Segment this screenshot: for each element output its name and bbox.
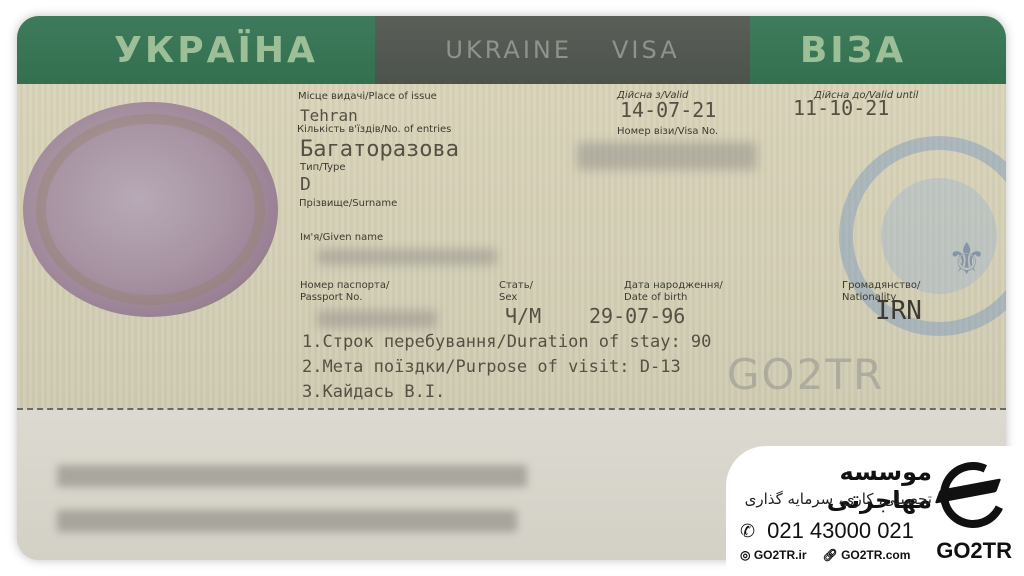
brand-phone[interactable]: ✆ 021 43000 021 <box>740 518 914 544</box>
header-country-ua: УКРАЇНА <box>114 30 318 71</box>
visa-number-redacted <box>577 142 757 170</box>
passport-no-label-en: Passport No. <box>300 292 362 303</box>
instagram-link[interactable]: ◎ GO2TR.ir <box>740 548 807 562</box>
visa-number-label: Номер візи/Visa No. <box>617 126 718 137</box>
nationality-value: IRN <box>875 296 922 326</box>
place-of-issue-label: Місце видачі/Place of issue <box>298 91 437 102</box>
brand-subtitle: تحصیلی، کاری، سرمایه گذاری <box>745 490 932 508</box>
place-of-issue-value: Tehran <box>300 106 358 125</box>
type-label: Тип/Type <box>300 162 345 173</box>
watermark-logo: GO2TR <box>727 350 884 399</box>
mrz-line-1-redacted <box>57 465 527 487</box>
passport-no-redacted <box>317 310 437 328</box>
given-name-label: Ім'я/Given name <box>300 232 383 243</box>
header-type-ua: ВІЗА <box>800 30 906 71</box>
mrz-line-2-redacted <box>57 510 517 532</box>
header-country-ua-segment: УКРАЇНА <box>17 16 375 84</box>
brand-panel: موسسه مهاجرتی تحصیلی، کاری، سرمایه گذاری… <box>726 446 1024 576</box>
brand-phone-number[interactable]: 021 43000 021 <box>767 518 914 544</box>
entries-value: Багаторазова <box>300 137 459 162</box>
given-name-redacted <box>317 249 497 265</box>
sex-value: Ч/M <box>505 304 541 328</box>
dob-value: 29-07-96 <box>589 304 685 328</box>
nationality-label-ua: Громадянство/ <box>842 280 920 291</box>
website-url: GO2TR.com <box>841 548 910 562</box>
passport-no-label-ua: Номер паспорта/ <box>300 280 389 291</box>
instagram-handle: GO2TR.ir <box>754 548 807 562</box>
visa-header-band: УКРАЇНА UKRAINE VISA ВІЗА <box>17 16 1006 84</box>
valid-from-value: 14-07-21 <box>620 98 716 122</box>
brand-links: ◎ GO2TR.ir 🔗︎ GO2TR.com <box>740 548 910 562</box>
remark-purpose: 2.Мета поїздки/Purpose of visit: D-13 <box>302 357 681 377</box>
header-country-en: UKRAINE <box>445 36 572 64</box>
valid-until-value: 11-10-21 <box>793 96 889 120</box>
phone-icon: ✆ <box>740 521 755 542</box>
remark-duration: 1.Строк перебування/Duration of stay: 90 <box>302 332 711 352</box>
header-type-ua-segment: ВІЗА <box>750 16 1006 84</box>
header-type-en: VISA <box>612 36 680 64</box>
sex-label-en: Sex <box>499 292 517 303</box>
instagram-icon: ◎ <box>740 548 754 562</box>
remark-signatory: 3.Кайдась В.І. <box>302 382 445 402</box>
website-link[interactable]: 🔗︎ GO2TR.com <box>823 548 911 562</box>
holder-photo-hologram <box>23 102 278 317</box>
entries-label: Кількість в'їздів/No. of entries <box>297 124 451 135</box>
trident-emblem-icon: ⚜ <box>947 234 986 285</box>
header-en-segment: UKRAINE VISA <box>375 16 750 84</box>
brand-logo-text: GO2TR <box>936 538 1012 564</box>
link-icon: 🔗︎ <box>823 548 842 562</box>
surname-label: Прізвище/Surname <box>299 198 397 209</box>
dob-label-ua: Дата народження/ <box>624 280 723 291</box>
type-value: D <box>300 174 311 195</box>
dob-label-en: Date of birth <box>624 292 687 303</box>
sex-label-ua: Стать/ <box>499 280 533 291</box>
